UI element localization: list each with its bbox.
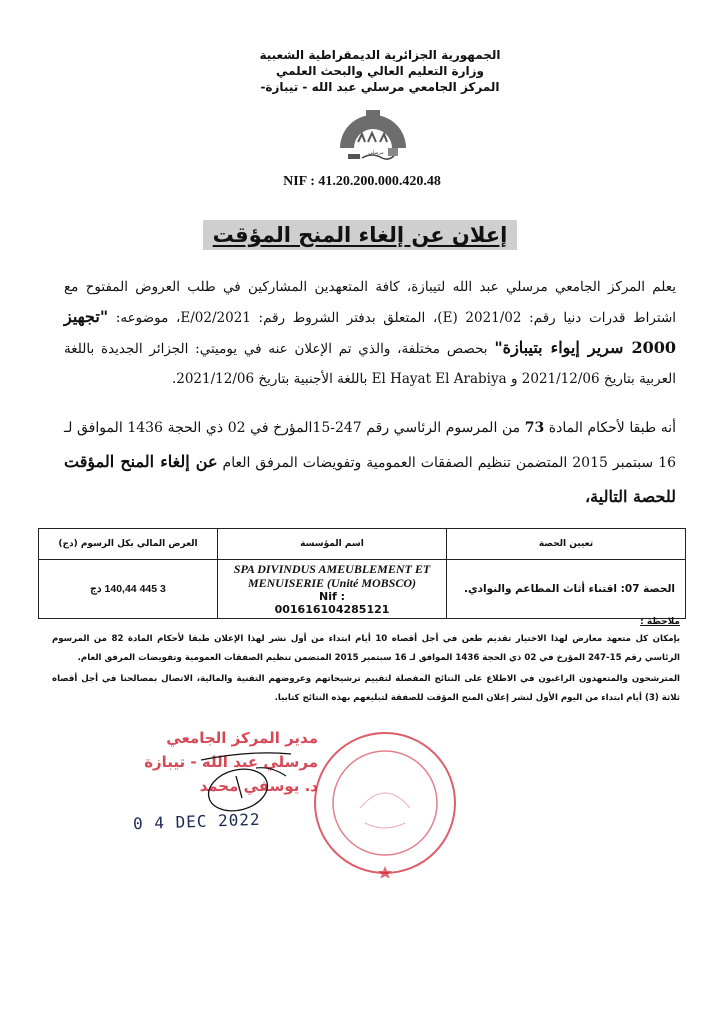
svg-text:مرسلي: مرسلي [368, 150, 384, 156]
header-offer: العرض المالي بكل الرسوم (دج) [39, 529, 218, 560]
header-company: اسم المؤسسة [218, 529, 447, 560]
note-results-consultation: المترشحون والمتعهدون الراغبون في الاطلاع… [52, 670, 680, 708]
legal-basis-paragraph: أنه طبقا لأحكام المادة 73 من المرسوم الر… [64, 412, 676, 515]
announcement-intro: يعلم المركز الجامعي مرسلي عبد الله لتيبا… [64, 279, 676, 326]
offer-amount: 3 445 140,44 دج [39, 560, 218, 619]
table-header-row: العرض المالي بكل الرسوم (دج) اسم المؤسسة… [39, 529, 686, 560]
company-nif-label: Nif : [222, 590, 442, 603]
header-republic: الجمهورية الجزائرية الديمقراطية الشعبية [235, 48, 525, 62]
official-seal-icon [300, 728, 470, 878]
stamp-line-title: مدير المركز الجامعي [128, 726, 318, 750]
company-nif-value: 001616104285121 [222, 603, 442, 616]
lots-table: العرض المالي بكل الرسوم (دج) اسم المؤسسة… [38, 528, 686, 619]
university-logo-icon: مرسلي [328, 108, 418, 168]
company-name-line2: MENUISERIE (Unité MOBSCO) [222, 576, 442, 590]
note-appeal: بإمكان كل متعهد معارض لهذا الاختيار تقدي… [52, 630, 680, 668]
handwritten-signature-icon [196, 748, 296, 818]
table-row: 3 445 140,44 دج SPA DIVINDUS AMEUBLEMENT… [39, 560, 686, 619]
header-lot: تعيين الحصة [447, 529, 686, 560]
note-label: ملاحظة : [620, 617, 680, 627]
header-university-center: المركز الجامعي مرسلي عبد الله - تيبازة- [235, 80, 525, 94]
header-ministry: وزارة التعليم العالي والبحث العلمي [235, 64, 525, 78]
company-name-line1: SPA DIVINDUS AMEUBLEMENT ET [222, 562, 442, 576]
article-number: 73 [525, 420, 544, 436]
announcement-paragraph: يعلم المركز الجامعي مرسلي عبد الله لتيبا… [64, 272, 676, 394]
legal-basis-part1: أنه طبقا لأحكام المادة [544, 420, 676, 436]
lot-designation: الحصة 07: اقتناء أثاث المطاعم والنوادي. [447, 560, 686, 619]
company-cell: SPA DIVINDUS AMEUBLEMENT ET MENUISERIE (… [218, 560, 447, 619]
date-stamp: 0 4 DEC 2022 [133, 810, 261, 833]
page-title: إعلان عن إلغاء المنح المؤقت [203, 220, 517, 250]
nif-number: NIF : 41.20.200.000.420.48 [0, 174, 724, 190]
